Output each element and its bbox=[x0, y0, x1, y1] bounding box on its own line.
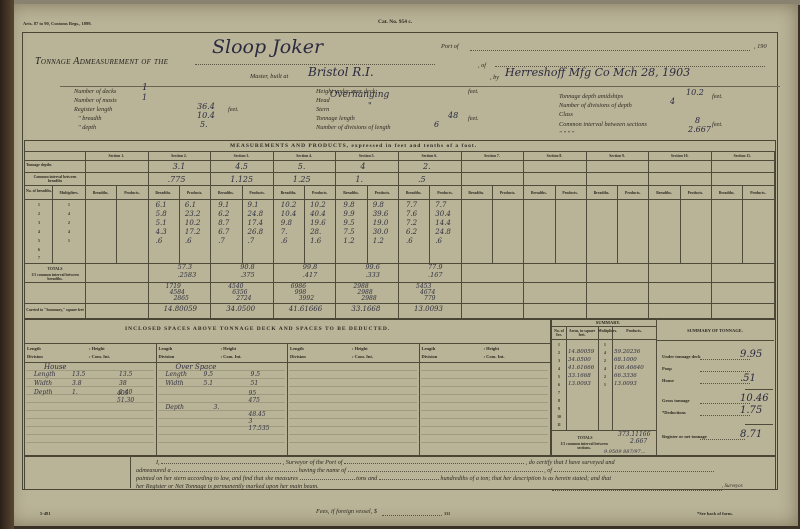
summary-sec-no: 3 bbox=[552, 359, 566, 363]
breadths-header: Breadths. bbox=[586, 191, 617, 195]
ruled-line bbox=[26, 442, 154, 443]
breadth-product-divider bbox=[680, 185, 681, 263]
products-header: Products. bbox=[304, 191, 335, 195]
carried-label: Carried to "Summary," square feet bbox=[26, 308, 84, 312]
breadth-label: " breadth bbox=[78, 115, 102, 122]
breadths-header: Breadths. bbox=[210, 191, 241, 195]
products-header: Products. bbox=[742, 191, 773, 195]
vessel-name: Sloop Joker bbox=[212, 36, 323, 58]
common-interval-cell: .775 bbox=[168, 175, 186, 184]
of-label: , of bbox=[478, 62, 486, 69]
home-port-field[interactable] bbox=[554, 471, 714, 472]
breadths-header: Breadths. bbox=[85, 191, 116, 195]
breadth-cell: 7.6 bbox=[406, 210, 417, 218]
hundredths-field[interactable] bbox=[379, 479, 439, 480]
totals-cell: 90.8 bbox=[240, 263, 254, 271]
breadths-header: Breadths. bbox=[523, 191, 554, 195]
divisions-depth-value: 4 bbox=[670, 97, 675, 106]
breadth-cell: 10.4 bbox=[281, 210, 297, 218]
ruled-line bbox=[26, 426, 154, 427]
product-cell: 17.2 bbox=[185, 228, 201, 236]
multiplier: 2 bbox=[54, 221, 84, 225]
products-header: Products. bbox=[429, 191, 460, 195]
row-divider bbox=[24, 185, 774, 186]
ruled-line bbox=[26, 418, 154, 419]
common-interval-cell: 1.25 bbox=[293, 175, 311, 184]
tonnage-depths-label: Tonnage depths bbox=[26, 163, 84, 167]
third-interval-cell: .167 bbox=[428, 271, 442, 279]
breadth-cell: 8.7 bbox=[218, 219, 229, 227]
product-cell: .6 bbox=[185, 237, 192, 245]
section-header: Section 8. bbox=[523, 154, 586, 158]
section-divider bbox=[398, 151, 399, 318]
summary-multiplier: 4 bbox=[598, 367, 612, 371]
calc-cell: 779 bbox=[424, 295, 435, 302]
breadth-cell: 6.7 bbox=[218, 228, 229, 236]
product-cell: 10.2 bbox=[185, 219, 201, 227]
cert-having-name: having the name of bbox=[299, 467, 346, 474]
dimension-label: Width bbox=[34, 380, 52, 387]
cert-i: I, bbox=[156, 459, 160, 466]
summary-sec-no: 7 bbox=[552, 391, 566, 395]
port-line bbox=[470, 50, 750, 51]
product-cell: 24.8 bbox=[435, 228, 451, 236]
dimension-product: 38 bbox=[119, 380, 127, 387]
calc-cell: 2724 bbox=[236, 295, 251, 302]
ruled-line bbox=[158, 378, 286, 379]
port-of-label: Port of bbox=[441, 43, 459, 50]
summary-col-header: Multipliers. bbox=[598, 329, 612, 333]
tonnage-length-label: Tonnage length bbox=[316, 115, 355, 122]
section-header: Section 6. bbox=[398, 154, 461, 158]
multiplier: 1 bbox=[54, 203, 84, 207]
section-divider bbox=[461, 151, 462, 318]
tonnage-summary-label: Under tonnage deck bbox=[662, 354, 701, 359]
decks-value: 1 bbox=[142, 83, 148, 93]
row-divider bbox=[24, 282, 774, 283]
summary-area: 41.61666 bbox=[568, 365, 594, 371]
summary-multiplier: 4 bbox=[598, 351, 612, 355]
breadths-header: Breadths. bbox=[711, 191, 742, 195]
register-length-value: 36.4 bbox=[197, 102, 215, 111]
section-header: Section 4. bbox=[273, 154, 336, 158]
section-header: Section 1. bbox=[85, 154, 148, 158]
breadth-cell: 9.1 bbox=[218, 201, 229, 209]
year-suffix: , 190 bbox=[754, 43, 767, 50]
breadth-cell: 4.3 bbox=[156, 228, 167, 236]
carried-cell: 14.80059 bbox=[164, 305, 197, 313]
multiplier: 4 bbox=[54, 230, 84, 234]
surveyor-signature-field[interactable] bbox=[552, 490, 722, 491]
breadths-header: Breadths. bbox=[148, 191, 179, 195]
ruled-line bbox=[158, 402, 286, 403]
product-cell: 9.8 bbox=[373, 201, 384, 209]
breadth-product-divider bbox=[742, 185, 743, 263]
summary-multiplier: 1 bbox=[598, 383, 612, 387]
product-cell: 24.8 bbox=[248, 210, 264, 218]
summary-sec-no: 9 bbox=[552, 407, 566, 411]
tonnage-depth-label: Tonnage depth amidships bbox=[559, 93, 623, 100]
summary-product: 13.0093 bbox=[614, 381, 637, 387]
ruled-line bbox=[158, 418, 286, 419]
calc-value: 475 bbox=[249, 397, 260, 404]
multipliers-header: Multipliers. bbox=[54, 191, 84, 195]
master-built-label: Master, built at bbox=[250, 73, 288, 80]
breadth-number: 7 bbox=[26, 256, 52, 260]
products-header: Products. bbox=[179, 191, 210, 195]
ruled-line bbox=[289, 378, 417, 379]
breadth-number: 1 bbox=[26, 203, 52, 207]
third-interval-cell: .417 bbox=[303, 271, 317, 279]
surveyor-name-field[interactable] bbox=[161, 463, 281, 464]
com-int-label: : Com. Int. bbox=[352, 354, 373, 359]
summary-product: 59.20236 bbox=[614, 349, 640, 355]
com-int-label: : Com. Int. bbox=[484, 354, 505, 359]
breadth-cell: 10.2 bbox=[281, 201, 297, 209]
section-divider bbox=[210, 151, 211, 318]
breadth-cell: 6.2 bbox=[218, 210, 229, 218]
ruled-line bbox=[421, 418, 549, 419]
summary-product: 68.1000 bbox=[614, 357, 637, 363]
product-cell: 39.6 bbox=[373, 210, 389, 218]
breadth-cell: 5.8 bbox=[156, 210, 167, 218]
sum-line bbox=[745, 389, 773, 390]
ruled-line bbox=[421, 394, 549, 395]
ruled-line bbox=[158, 442, 286, 443]
calc-cell: 3992 bbox=[299, 295, 314, 302]
tonnage-depth-cell: 5. bbox=[298, 162, 306, 171]
register-length-label: Register length bbox=[74, 106, 112, 113]
tonnage-summary-label: Gross tonnage bbox=[662, 398, 690, 403]
summary-area: 33.1668 bbox=[568, 373, 591, 379]
breadth-value: 10.4 bbox=[197, 111, 215, 120]
products-header: Products. bbox=[617, 191, 648, 195]
ruled-line bbox=[421, 442, 549, 443]
ruled-line bbox=[421, 402, 549, 403]
regulation-ref: Arts. 87 to 90, Customs Regs., 1899. bbox=[23, 21, 92, 26]
certificate-line-3: painted on her stern according to law, a… bbox=[136, 475, 611, 482]
division-label: Division bbox=[27, 354, 43, 359]
calc-value: 17.535 bbox=[249, 425, 270, 432]
summary-third-value: 2.667 bbox=[630, 438, 647, 445]
carried-cell: 41.61666 bbox=[289, 305, 322, 313]
summary-col-divider bbox=[566, 326, 567, 430]
breadth-product-divider bbox=[492, 185, 493, 263]
summary-sec-no: 11 bbox=[552, 423, 566, 427]
summary-product: 66.3336 bbox=[614, 373, 637, 379]
calc-cell: 2988 bbox=[361, 295, 376, 302]
ruled-line bbox=[289, 434, 417, 435]
sum-line bbox=[745, 424, 773, 425]
cert-of: , of bbox=[544, 467, 552, 474]
vessel-type-field[interactable] bbox=[172, 471, 297, 472]
product-cell: 6.1 bbox=[185, 201, 196, 209]
carried-cell: 33.1668 bbox=[351, 305, 380, 313]
dimension-value: 5.1 bbox=[204, 380, 214, 387]
inclosed-spaces-heading: INCLOSED SPACES ABOVE TONNAGE DECK AND S… bbox=[125, 326, 390, 332]
summary-sec-no: 2 bbox=[552, 351, 566, 355]
dimension-label: Width bbox=[166, 380, 184, 387]
row-divider bbox=[24, 303, 774, 304]
breadth-cell: .6 bbox=[156, 237, 163, 245]
dimension-product: 13.5 bbox=[119, 371, 132, 378]
carried-cell: 34.0500 bbox=[226, 305, 255, 313]
breadth-cell: 7. bbox=[281, 228, 288, 236]
summary-area: 34.0500 bbox=[568, 357, 591, 363]
fees-suffix: 111 bbox=[444, 511, 450, 516]
breadth-product-divider bbox=[617, 185, 618, 263]
products-header: Products. bbox=[680, 191, 711, 195]
tons-field[interactable] bbox=[300, 479, 355, 480]
tonnage-depth-cell: 3.1 bbox=[173, 162, 186, 171]
summary-heading: SUMMARY. bbox=[560, 320, 656, 325]
height-label: : Height bbox=[221, 346, 237, 351]
fees-field[interactable] bbox=[382, 515, 442, 516]
ruled-line bbox=[289, 402, 417, 403]
summary-product: 166.46640 bbox=[614, 365, 644, 371]
by-label: , by bbox=[490, 74, 499, 81]
tonnage-summary-value: 10.46 bbox=[740, 393, 769, 404]
com-int-label: : Com. Int. bbox=[221, 354, 242, 359]
common-interval-label: Common interval between sections bbox=[559, 121, 647, 128]
port-field[interactable] bbox=[344, 463, 524, 464]
breadth-cell: 6.1 bbox=[156, 201, 167, 209]
height-label: : Height bbox=[352, 346, 368, 351]
breadth-cell: 7.5 bbox=[343, 228, 354, 236]
col-divider bbox=[52, 185, 53, 263]
summary-of-tonnage-heading: SUMMARY OF TONNAGE. bbox=[660, 328, 770, 333]
product-cell: 40.4 bbox=[310, 210, 326, 218]
section-header: Section 2. bbox=[148, 154, 211, 158]
totals-cell: 57.3 bbox=[178, 263, 192, 271]
section-header: Section 5. bbox=[335, 154, 398, 158]
head-value: Overhanging bbox=[330, 90, 389, 100]
division-label: Division bbox=[159, 354, 175, 359]
breadth-cell: 7.7 bbox=[406, 201, 417, 209]
products-header: Products. bbox=[242, 191, 273, 195]
dimension-label: Depth bbox=[34, 389, 52, 396]
dimension-value: 3.8 bbox=[72, 380, 82, 387]
col-divider bbox=[656, 318, 657, 455]
dimension-value: 13.5 bbox=[72, 371, 85, 378]
certificate-line-4: her Register or Net Tonnage is permanent… bbox=[136, 483, 319, 490]
breadths-header: Breadths. bbox=[273, 191, 304, 195]
class-label: Class bbox=[559, 111, 573, 118]
breadth-cell: 6.2 bbox=[406, 228, 417, 236]
tonnage-depth-cell: 4.5 bbox=[235, 162, 248, 171]
common-interval-row-label: Common interval between breadths bbox=[26, 175, 84, 183]
ruled-line bbox=[421, 426, 549, 427]
calc-value: 405 bbox=[117, 390, 128, 397]
products-header: Products. bbox=[367, 191, 398, 195]
form-title: Tonnage Admeasurement of the bbox=[35, 56, 168, 67]
common-interval-cell: 1.125 bbox=[230, 175, 253, 184]
certificate-line-1: I, , Surveyor of the Port of , do certif… bbox=[136, 459, 615, 466]
depth-label: " depth bbox=[78, 124, 96, 131]
product-cell: 28. bbox=[310, 228, 321, 236]
summary-area: 13.0093 bbox=[568, 381, 591, 387]
totals-cell: 99.6 bbox=[365, 263, 379, 271]
products-header: Products. bbox=[492, 191, 523, 195]
product-cell: 17.4 bbox=[248, 219, 264, 227]
form-code: 5-481 bbox=[40, 511, 51, 516]
multiplier: 4 bbox=[54, 212, 84, 216]
cert-hundredths: hundredths of a ton; that her descriptio… bbox=[440, 475, 611, 482]
section-divider bbox=[523, 151, 524, 318]
breadth-product-divider bbox=[242, 185, 243, 263]
depth-value: 3. bbox=[214, 404, 220, 411]
tonnage-depth-unit: feet. bbox=[712, 93, 723, 100]
tonnage-summary-value: 1.75 bbox=[740, 405, 762, 416]
space-name: House bbox=[44, 363, 67, 371]
cert-surveyor-port: , Surveyor of the Port of bbox=[283, 459, 343, 466]
product-cell: 19.0 bbox=[373, 219, 389, 227]
third-interval-label: " " " " bbox=[559, 130, 574, 137]
breadth-cell: 9.9 bbox=[343, 210, 354, 218]
ruled-line bbox=[289, 418, 417, 419]
row-divider bbox=[24, 172, 774, 173]
section-header: Section 11. bbox=[711, 154, 774, 158]
certificate-line-2: admeasured a having the name of , of bbox=[136, 467, 714, 474]
ruled-line bbox=[289, 426, 417, 427]
length-label: Length bbox=[159, 346, 173, 351]
head-label: Head bbox=[316, 97, 330, 104]
fees-label: Fees, if foreign vessel, $ bbox=[316, 508, 377, 515]
breadth-cell: .7 bbox=[218, 237, 225, 245]
no-breadths-header: No. of breadths. bbox=[26, 189, 52, 193]
section-divider bbox=[148, 151, 149, 318]
ruled-line bbox=[158, 394, 286, 395]
cert-tons-and: tons and bbox=[356, 475, 377, 482]
products-header: Products. bbox=[555, 191, 586, 195]
breadths-header: Breadths. bbox=[335, 191, 366, 195]
row-divider bbox=[552, 339, 656, 340]
cert-measures: painted on her stern according to law, a… bbox=[136, 475, 298, 482]
product-cell: 19.6 bbox=[310, 219, 326, 227]
dimension-label: Length bbox=[166, 371, 188, 378]
summary-sec-no: 1 bbox=[552, 343, 566, 347]
block-divider bbox=[419, 343, 420, 455]
divisions-depth-label: Number of divisions of depth bbox=[559, 102, 632, 109]
breadth-number: 4 bbox=[26, 230, 52, 234]
calc-value: 3 bbox=[249, 418, 253, 425]
product-cell: .6 bbox=[435, 237, 442, 245]
length-label: Length bbox=[422, 346, 436, 351]
summary-col-header: Areas, in square feet. bbox=[566, 329, 598, 337]
dimension-value: 1. bbox=[72, 389, 78, 396]
breadths-header: Breadths. bbox=[648, 191, 679, 195]
ruled-line bbox=[421, 386, 549, 387]
ruled-line bbox=[421, 410, 549, 411]
space-name: Over Space bbox=[176, 363, 217, 371]
breadth-product-divider bbox=[304, 185, 305, 263]
measurements-table bbox=[24, 140, 776, 320]
row-divider bbox=[24, 160, 774, 161]
vessel-name-field[interactable] bbox=[348, 471, 543, 472]
height-label: : Height bbox=[89, 346, 105, 351]
section-header: Section 9. bbox=[586, 154, 649, 158]
built-at: Bristol R.I. bbox=[308, 65, 374, 79]
ruled-line bbox=[26, 434, 154, 435]
block-divider bbox=[156, 343, 157, 455]
breadth-cell: 9.8 bbox=[343, 201, 354, 209]
breadth-cell: 9.5 bbox=[343, 219, 354, 227]
col-divider bbox=[130, 455, 131, 488]
ruled-line bbox=[26, 378, 154, 379]
ruled-line bbox=[421, 370, 549, 371]
row-divider bbox=[24, 199, 774, 200]
ruled-line bbox=[26, 402, 154, 403]
ruled-line bbox=[26, 410, 154, 411]
summary-multiplier: 2 bbox=[598, 375, 612, 379]
common-interval-cell: .5 bbox=[418, 175, 426, 184]
product-cell: 1.2 bbox=[373, 237, 384, 245]
summary-sec-no: 5 bbox=[552, 375, 566, 379]
catalog-no: Cat. No. 954 c. bbox=[378, 19, 412, 25]
ruled-line bbox=[289, 394, 417, 395]
breadth-product-divider bbox=[367, 185, 368, 263]
stern-label: Stern bbox=[316, 106, 329, 113]
dotted-leader bbox=[700, 371, 750, 372]
dimension-product: 51 bbox=[251, 380, 259, 387]
third-interval-cell: .2583 bbox=[178, 271, 197, 279]
col-divider bbox=[85, 151, 86, 318]
ruled-line bbox=[289, 410, 417, 411]
height-spar-deck-unit: feet. bbox=[468, 88, 479, 95]
product-cell: 30.4 bbox=[435, 210, 451, 218]
section-divider bbox=[273, 151, 274, 318]
carried-cell: 13.0093 bbox=[414, 305, 443, 313]
section-divider bbox=[774, 151, 775, 318]
masts-label: Number of masts bbox=[74, 97, 117, 104]
length-label: Length bbox=[290, 346, 304, 351]
tonnage-summary-value: 8.71 bbox=[740, 429, 762, 440]
breadth-product-divider bbox=[555, 185, 556, 263]
summary-multiplier: 1 bbox=[598, 343, 612, 347]
breadth-number: 6 bbox=[26, 248, 52, 252]
cert-certify: , do certify that I have surveyed and bbox=[526, 459, 615, 466]
calc-value: 48.45 bbox=[249, 411, 266, 418]
divisions-length-value: 6 bbox=[434, 120, 439, 129]
breadth-cell: 7.2 bbox=[406, 219, 417, 227]
tonnage-summary-label: *Deductions bbox=[662, 410, 686, 415]
breadth-product-divider bbox=[429, 185, 430, 263]
products-header: Products. bbox=[116, 191, 147, 195]
product-cell: .7 bbox=[248, 237, 255, 245]
product-cell: 9.1 bbox=[248, 201, 259, 209]
com-int-label: : Com. Int. bbox=[89, 354, 110, 359]
summary-sec-no: 8 bbox=[552, 399, 566, 403]
tonnage-depth-value: 10.2 bbox=[686, 88, 704, 97]
tonnage-length-unit: feet. bbox=[468, 115, 479, 122]
page-edge bbox=[0, 0, 14, 529]
breadth-number: 2 bbox=[26, 212, 52, 216]
row-divider bbox=[24, 263, 774, 264]
product-cell: 10.2 bbox=[310, 201, 326, 209]
third-interval-cell: .375 bbox=[240, 271, 254, 279]
decks-label: Number of decks bbox=[74, 88, 116, 95]
product-cell: 1.6 bbox=[310, 237, 321, 245]
summary-totals-label: TOTALS bbox=[560, 436, 610, 440]
multiplier: 1 bbox=[54, 239, 84, 243]
breadth-number: 5 bbox=[26, 239, 52, 243]
product-cell: 14.4 bbox=[435, 219, 451, 227]
height-label: : Height bbox=[484, 346, 500, 351]
tonnage-depth-cell: 2. bbox=[423, 162, 431, 171]
summary-totals-value: 373.11166 bbox=[618, 431, 650, 438]
breadths-header: Breadths. bbox=[398, 191, 429, 195]
totals-label: TOTALS bbox=[26, 267, 84, 271]
